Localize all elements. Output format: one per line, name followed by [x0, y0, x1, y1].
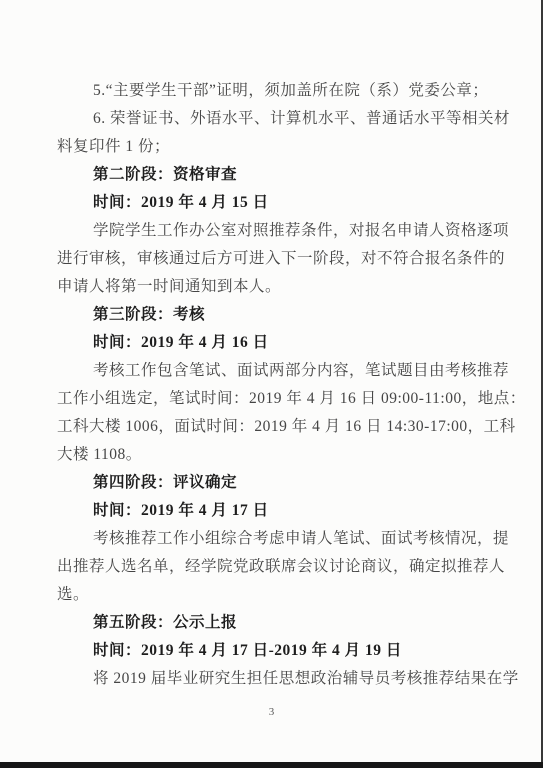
- stage-3-paragraph-cont: 工作小组选定，笔试时间：2019 年 4 月 16 日 09:00-11:00，…: [57, 385, 489, 413]
- stage-3-paragraph-cont2: 工科大楼 1006，面试时间：2019 年 4 月 16 日 14:30-17:…: [57, 413, 489, 441]
- stage-3-paragraph: 考核工作包含笔试、面试两部分内容，笔试题目由考核推荐: [57, 357, 489, 385]
- stage-5-paragraph: 将 2019 届毕业研究生担任思想政治辅导员考核推荐结果在学: [57, 665, 489, 693]
- list-item-6: 6. 荣誉证书、外语水平、计算机水平、普通话水平等相关材: [57, 105, 489, 133]
- stage-2-paragraph-end: 申请人将第一时间通知到本人。: [57, 273, 489, 301]
- stage-3-heading: 第三阶段：考核: [57, 301, 489, 329]
- list-item-6-cont: 料复印件 1 份；: [57, 133, 489, 161]
- stage-2-paragraph-cont: 进行审核，审核通过后方可进入下一阶段，对不符合报名条件的: [57, 245, 489, 273]
- stage-4-paragraph: 考核推荐工作小组综合考虑申请人笔试、面试考核情况，提: [57, 525, 489, 553]
- scan-edge-bottom: [0, 762, 543, 768]
- stage-5-heading: 第五阶段：公示上报: [57, 609, 489, 637]
- document-body: 5.“主要学生干部”证明，须加盖所在院（系）党委公章； 6. 荣誉证书、外语水平…: [57, 77, 489, 693]
- stage-4-paragraph-end: 选。: [57, 581, 489, 609]
- stage-4-heading: 第四阶段：评议确定: [57, 469, 489, 497]
- document-page: 5.“主要学生干部”证明，须加盖所在院（系）党委公章； 6. 荣誉证书、外语水平…: [0, 0, 543, 768]
- stage-2-heading: 第二阶段：资格审查: [57, 161, 489, 189]
- stage-4-date: 时间：2019 年 4 月 17 日: [57, 497, 489, 525]
- stage-2-date: 时间：2019 年 4 月 15 日: [57, 189, 489, 217]
- stage-3-date: 时间：2019 年 4 月 16 日: [57, 329, 489, 357]
- stage-4-paragraph-cont: 出推荐人选名单，经学院党政联席会议讨论商议，确定拟推荐人: [57, 553, 489, 581]
- list-item-5: 5.“主要学生干部”证明，须加盖所在院（系）党委公章；: [57, 77, 489, 105]
- page-number: 3: [0, 706, 543, 718]
- stage-5-date: 时间：2019 年 4 月 17 日-2019 年 4 月 19 日: [57, 637, 489, 665]
- stage-2-paragraph: 学院学生工作办公室对照推荐条件，对报名申请人资格逐项: [57, 217, 489, 245]
- stage-3-paragraph-end: 大楼 1108。: [57, 441, 489, 469]
